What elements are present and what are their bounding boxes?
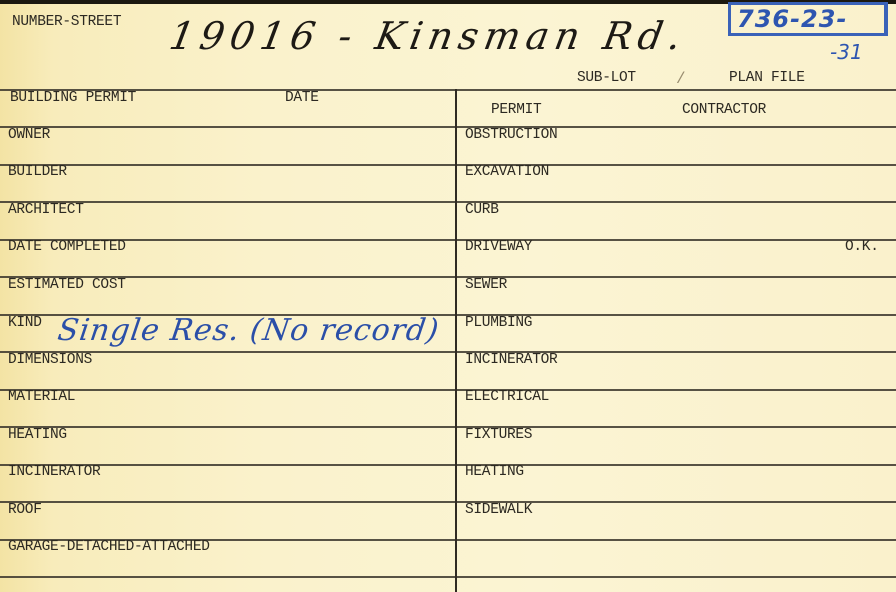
permit-value-driveway: O.K. [845,239,879,255]
sub-lot-label: SUB-LOT [577,70,636,86]
rule-line [0,276,896,278]
permit-label-plumbing: PLUMBING [465,315,532,331]
field-label-dimensions: DIMENSIONS [8,352,92,368]
number-street-label: NUMBER-STREET [12,14,121,30]
field-value-kind: Single Res. (No record) [56,313,442,348]
field-label-date-completed: DATE COMPLETED [8,239,126,255]
rule-line [0,351,896,353]
field-label-material: MATERIAL [8,389,75,405]
contractor-label: CONTRACTOR [682,102,766,118]
rule-line [0,201,896,203]
permit-label-excavation: EXCAVATION [465,164,549,180]
permit-label-fixtures: FIXTURES [465,427,532,443]
field-label-roof: ROOF [8,502,42,518]
field-label-incinerator: INCINERATOR [8,464,100,480]
rule-line [0,501,896,503]
plan-file-label: PLAN FILE [729,70,805,86]
rule-line [0,126,896,128]
column-divider [455,89,457,592]
permit-label-heating: HEATING [465,464,524,480]
building-permit-label: BUILDING PERMIT [10,90,136,106]
permit-label: PERMIT [491,102,541,118]
rule-line [0,464,896,466]
field-label-architect: ARCHITECT [8,202,84,218]
rule-line [0,576,896,578]
parcel-stamp: 736-23- [728,2,888,36]
permit-label-incinerator: INCINERATOR [465,352,557,368]
rule-line [0,426,896,428]
permit-label-electrical: ELECTRICAL [465,389,549,405]
permit-index-card: NUMBER-STREET 19016 - Kinsman Rd. 736-23… [0,0,896,592]
permit-label-sidewalk: SIDEWALK [465,502,532,518]
stamp-number: 736-23- [737,5,847,33]
permit-label-curb: CURB [465,202,499,218]
field-label-builder: BUILDER [8,164,67,180]
field-label-garage: GARAGE-DETACHED-ATTACHED [8,539,210,555]
rule-line [0,389,896,391]
rule-line [0,239,896,241]
sub-lot-mark: / [676,70,686,88]
field-label-estimated-cost: ESTIMATED COST [8,277,126,293]
permit-label-obstruction: OBSTRUCTION [465,127,557,143]
permit-label-sewer: SEWER [465,277,507,293]
stamp-suffix: -31 [830,40,863,64]
date-label: DATE [285,90,319,106]
permit-label-driveway: DRIVEWAY [465,239,532,255]
field-label-kind: KIND [8,315,42,331]
field-label-heating: HEATING [8,427,67,443]
rule-line [0,164,896,166]
address-handwritten: 19016 - Kinsman Rd. [166,14,690,58]
field-label-owner: OWNER [8,127,50,143]
